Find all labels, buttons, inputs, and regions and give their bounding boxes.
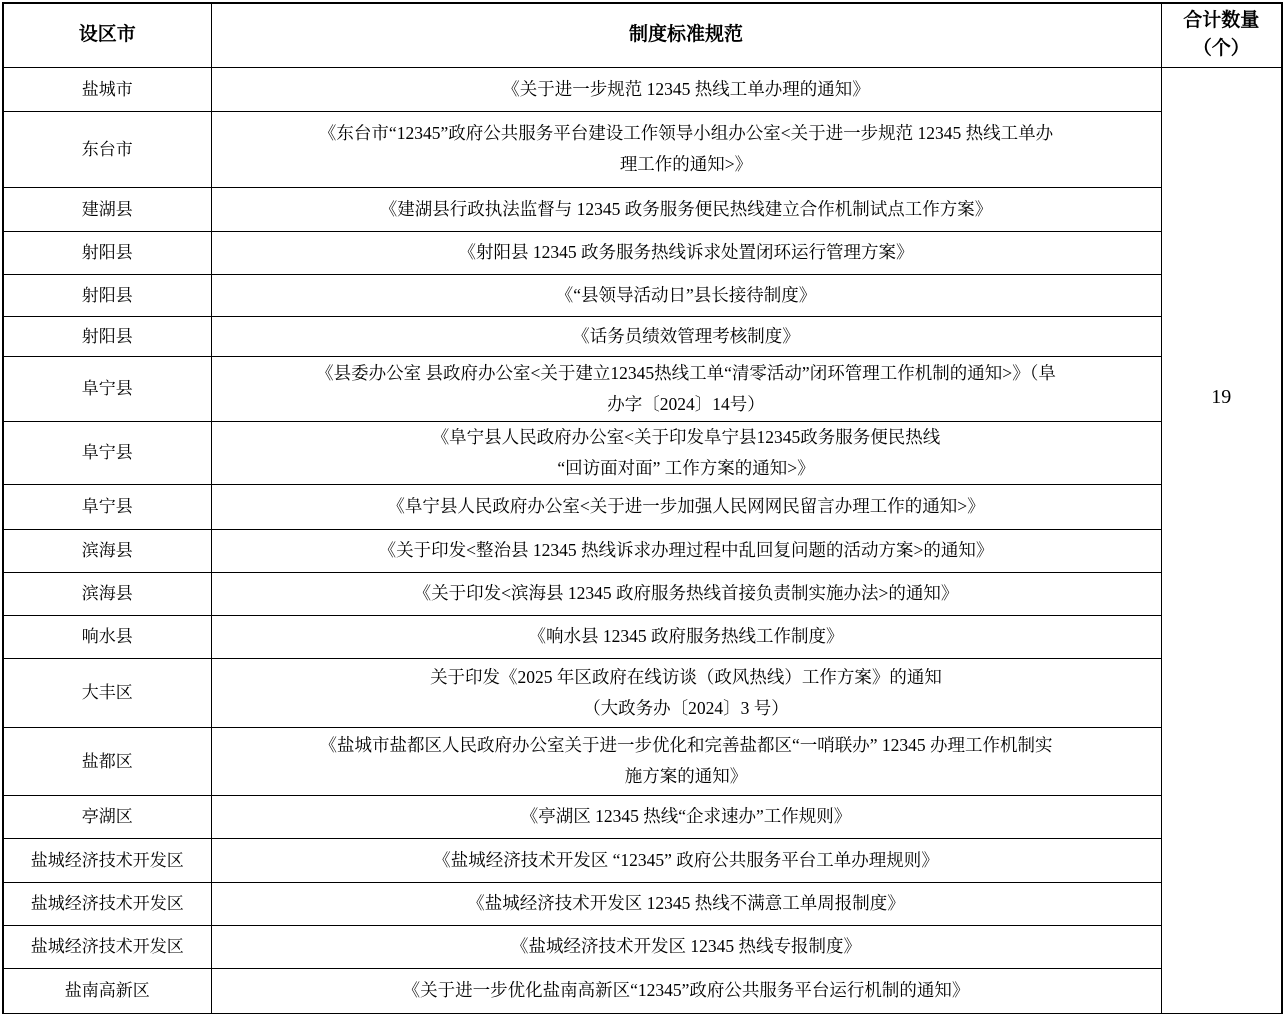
total-count-value: 19 <box>1162 385 1282 409</box>
table-row: 阜宁县 《县委办公室 县政府办公室<关于建立12345热线工单“清零活动”闭环管… <box>3 356 1282 421</box>
table-row: 盐都区 《盐城市盐都区人民政府办公室关于进一步优化和完善盐都区“一哨联办” 12… <box>3 727 1282 795</box>
table-row: 阜宁县 《阜宁县人民政府办公室<关于印发阜宁县12345政务服务便民热线 “回访… <box>3 421 1282 484</box>
city-cell: 建湖县 <box>3 187 211 231</box>
city-cell: 射阳县 <box>3 231 211 274</box>
header-row: 设区市 制度标准规范 合计数量 （个） <box>3 3 1282 67</box>
standard-cell: 《阜宁县人民政府办公室<关于印发阜宁县12345政务服务便民热线 “回访面对面”… <box>211 421 1161 484</box>
standards-table: 设区市 制度标准规范 合计数量 （个） 盐城市 《关于进一步规范 12345 热… <box>2 2 1283 1014</box>
city-cell: 盐城经济技术开发区 <box>3 838 211 882</box>
city-cell: 射阳县 <box>3 274 211 316</box>
standard-cell: 《建湖县行政执法监督与 12345 政务服务便民热线建立合作机制试点工作方案》 <box>211 187 1161 231</box>
standard-cell: 《射阳县 12345 政务服务热线诉求处置闭环运行管理方案》 <box>211 231 1161 274</box>
table-row: 盐城市 《关于进一步规范 12345 热线工单办理的通知》 19 <box>3 67 1282 111</box>
city-cell: 亭湖区 <box>3 795 211 838</box>
city-cell: 响水县 <box>3 615 211 658</box>
table-row: 大丰区 关于印发《2025 年区政府在线访谈（政风热线）工作方案》的通知 （大政… <box>3 658 1282 727</box>
city-cell: 东台市 <box>3 111 211 187</box>
city-cell: 阜宁县 <box>3 421 211 484</box>
standard-cell: 《阜宁县人民政府办公室<关于进一步加强人民网网民留言办理工作的通知>》 <box>211 484 1161 529</box>
standard-cell: 《盐城经济技术开发区 “12345” 政府公共服务平台工单办理规则》 <box>211 838 1161 882</box>
table-row: 亭湖区 《亭湖区 12345 热线“企求速办”工作规则》 <box>3 795 1282 838</box>
table-row: 滨海县 《关于印发<整治县 12345 热线诉求办理过程中乱回复问题的活动方案>… <box>3 529 1282 572</box>
table-row: 盐城经济技术开发区 《盐城经济技术开发区 12345 热线不满意工单周报制度》 <box>3 882 1282 925</box>
city-cell: 盐城市 <box>3 67 211 111</box>
header-city: 设区市 <box>3 3 211 67</box>
table-row: 射阳县 《射阳县 12345 政务服务热线诉求处置闭环运行管理方案》 <box>3 231 1282 274</box>
table-row: 盐城经济技术开发区 《盐城经济技术开发区 “12345” 政府公共服务平台工单办… <box>3 838 1282 882</box>
total-count-cell: 19 <box>1161 67 1282 1014</box>
table-row: 响水县 《响水县 12345 政府服务热线工作制度》 <box>3 615 1282 658</box>
header-total-count: 合计数量 （个） <box>1161 3 1282 67</box>
city-cell: 阜宁县 <box>3 484 211 529</box>
standard-cell: 《盐城市盐都区人民政府办公室关于进一步优化和完善盐都区“一哨联办” 12345 … <box>211 727 1161 795</box>
standard-cell: 《亭湖区 12345 热线“企求速办”工作规则》 <box>211 795 1161 838</box>
standard-cell: 《关于印发<整治县 12345 热线诉求办理过程中乱回复问题的活动方案>的通知》 <box>211 529 1161 572</box>
standard-cell: 《东台市“12345”政府公共服务平台建设工作领导小组办公室<关于进一步规范 1… <box>211 111 1161 187</box>
table-row: 滨海县 《关于印发<滨海县 12345 政府服务热线首接负责制实施办法>的通知》 <box>3 572 1282 615</box>
standard-cell: 《话务员绩效管理考核制度》 <box>211 316 1161 356</box>
standard-cell: 《响水县 12345 政府服务热线工作制度》 <box>211 615 1161 658</box>
city-cell: 滨海县 <box>3 529 211 572</box>
standard-cell: 《关于印发<滨海县 12345 政府服务热线首接负责制实施办法>的通知》 <box>211 572 1161 615</box>
document-page: 设区市 制度标准规范 合计数量 （个） 盐城市 《关于进一步规范 12345 热… <box>0 0 1285 1014</box>
table-row: 东台市 《东台市“12345”政府公共服务平台建设工作领导小组办公室<关于进一步… <box>3 111 1282 187</box>
table-row: 建湖县 《建湖县行政执法监督与 12345 政务服务便民热线建立合作机制试点工作… <box>3 187 1282 231</box>
table-row: 射阳县 《“县领导活动日”县长接待制度》 <box>3 274 1282 316</box>
header-standard: 制度标准规范 <box>211 3 1161 67</box>
table-row: 盐南高新区 《关于进一步优化盐南高新区“12345”政府公共服务平台运行机制的通… <box>3 968 1282 1014</box>
table-row: 阜宁县 《阜宁县人民政府办公室<关于进一步加强人民网网民留言办理工作的通知>》 <box>3 484 1282 529</box>
standard-cell: 《盐城经济技术开发区 12345 热线专报制度》 <box>211 925 1161 968</box>
city-cell: 射阳县 <box>3 316 211 356</box>
standard-cell: 《关于进一步规范 12345 热线工单办理的通知》 <box>211 67 1161 111</box>
standard-cell: 《关于进一步优化盐南高新区“12345”政府公共服务平台运行机制的通知》 <box>211 968 1161 1014</box>
table-row: 射阳县 《话务员绩效管理考核制度》 <box>3 316 1282 356</box>
city-cell: 盐城经济技术开发区 <box>3 925 211 968</box>
city-cell: 阜宁县 <box>3 356 211 421</box>
city-cell: 盐都区 <box>3 727 211 795</box>
standard-cell: 《县委办公室 县政府办公室<关于建立12345热线工单“清零活动”闭环管理工作机… <box>211 356 1161 421</box>
city-cell: 滨海县 <box>3 572 211 615</box>
standard-cell: 《“县领导活动日”县长接待制度》 <box>211 274 1161 316</box>
table-row: 盐城经济技术开发区 《盐城经济技术开发区 12345 热线专报制度》 <box>3 925 1282 968</box>
city-cell: 盐南高新区 <box>3 968 211 1014</box>
standard-cell: 《盐城经济技术开发区 12345 热线不满意工单周报制度》 <box>211 882 1161 925</box>
city-cell: 盐城经济技术开发区 <box>3 882 211 925</box>
standard-cell: 关于印发《2025 年区政府在线访谈（政风热线）工作方案》的通知 （大政务办〔2… <box>211 658 1161 727</box>
city-cell: 大丰区 <box>3 658 211 727</box>
